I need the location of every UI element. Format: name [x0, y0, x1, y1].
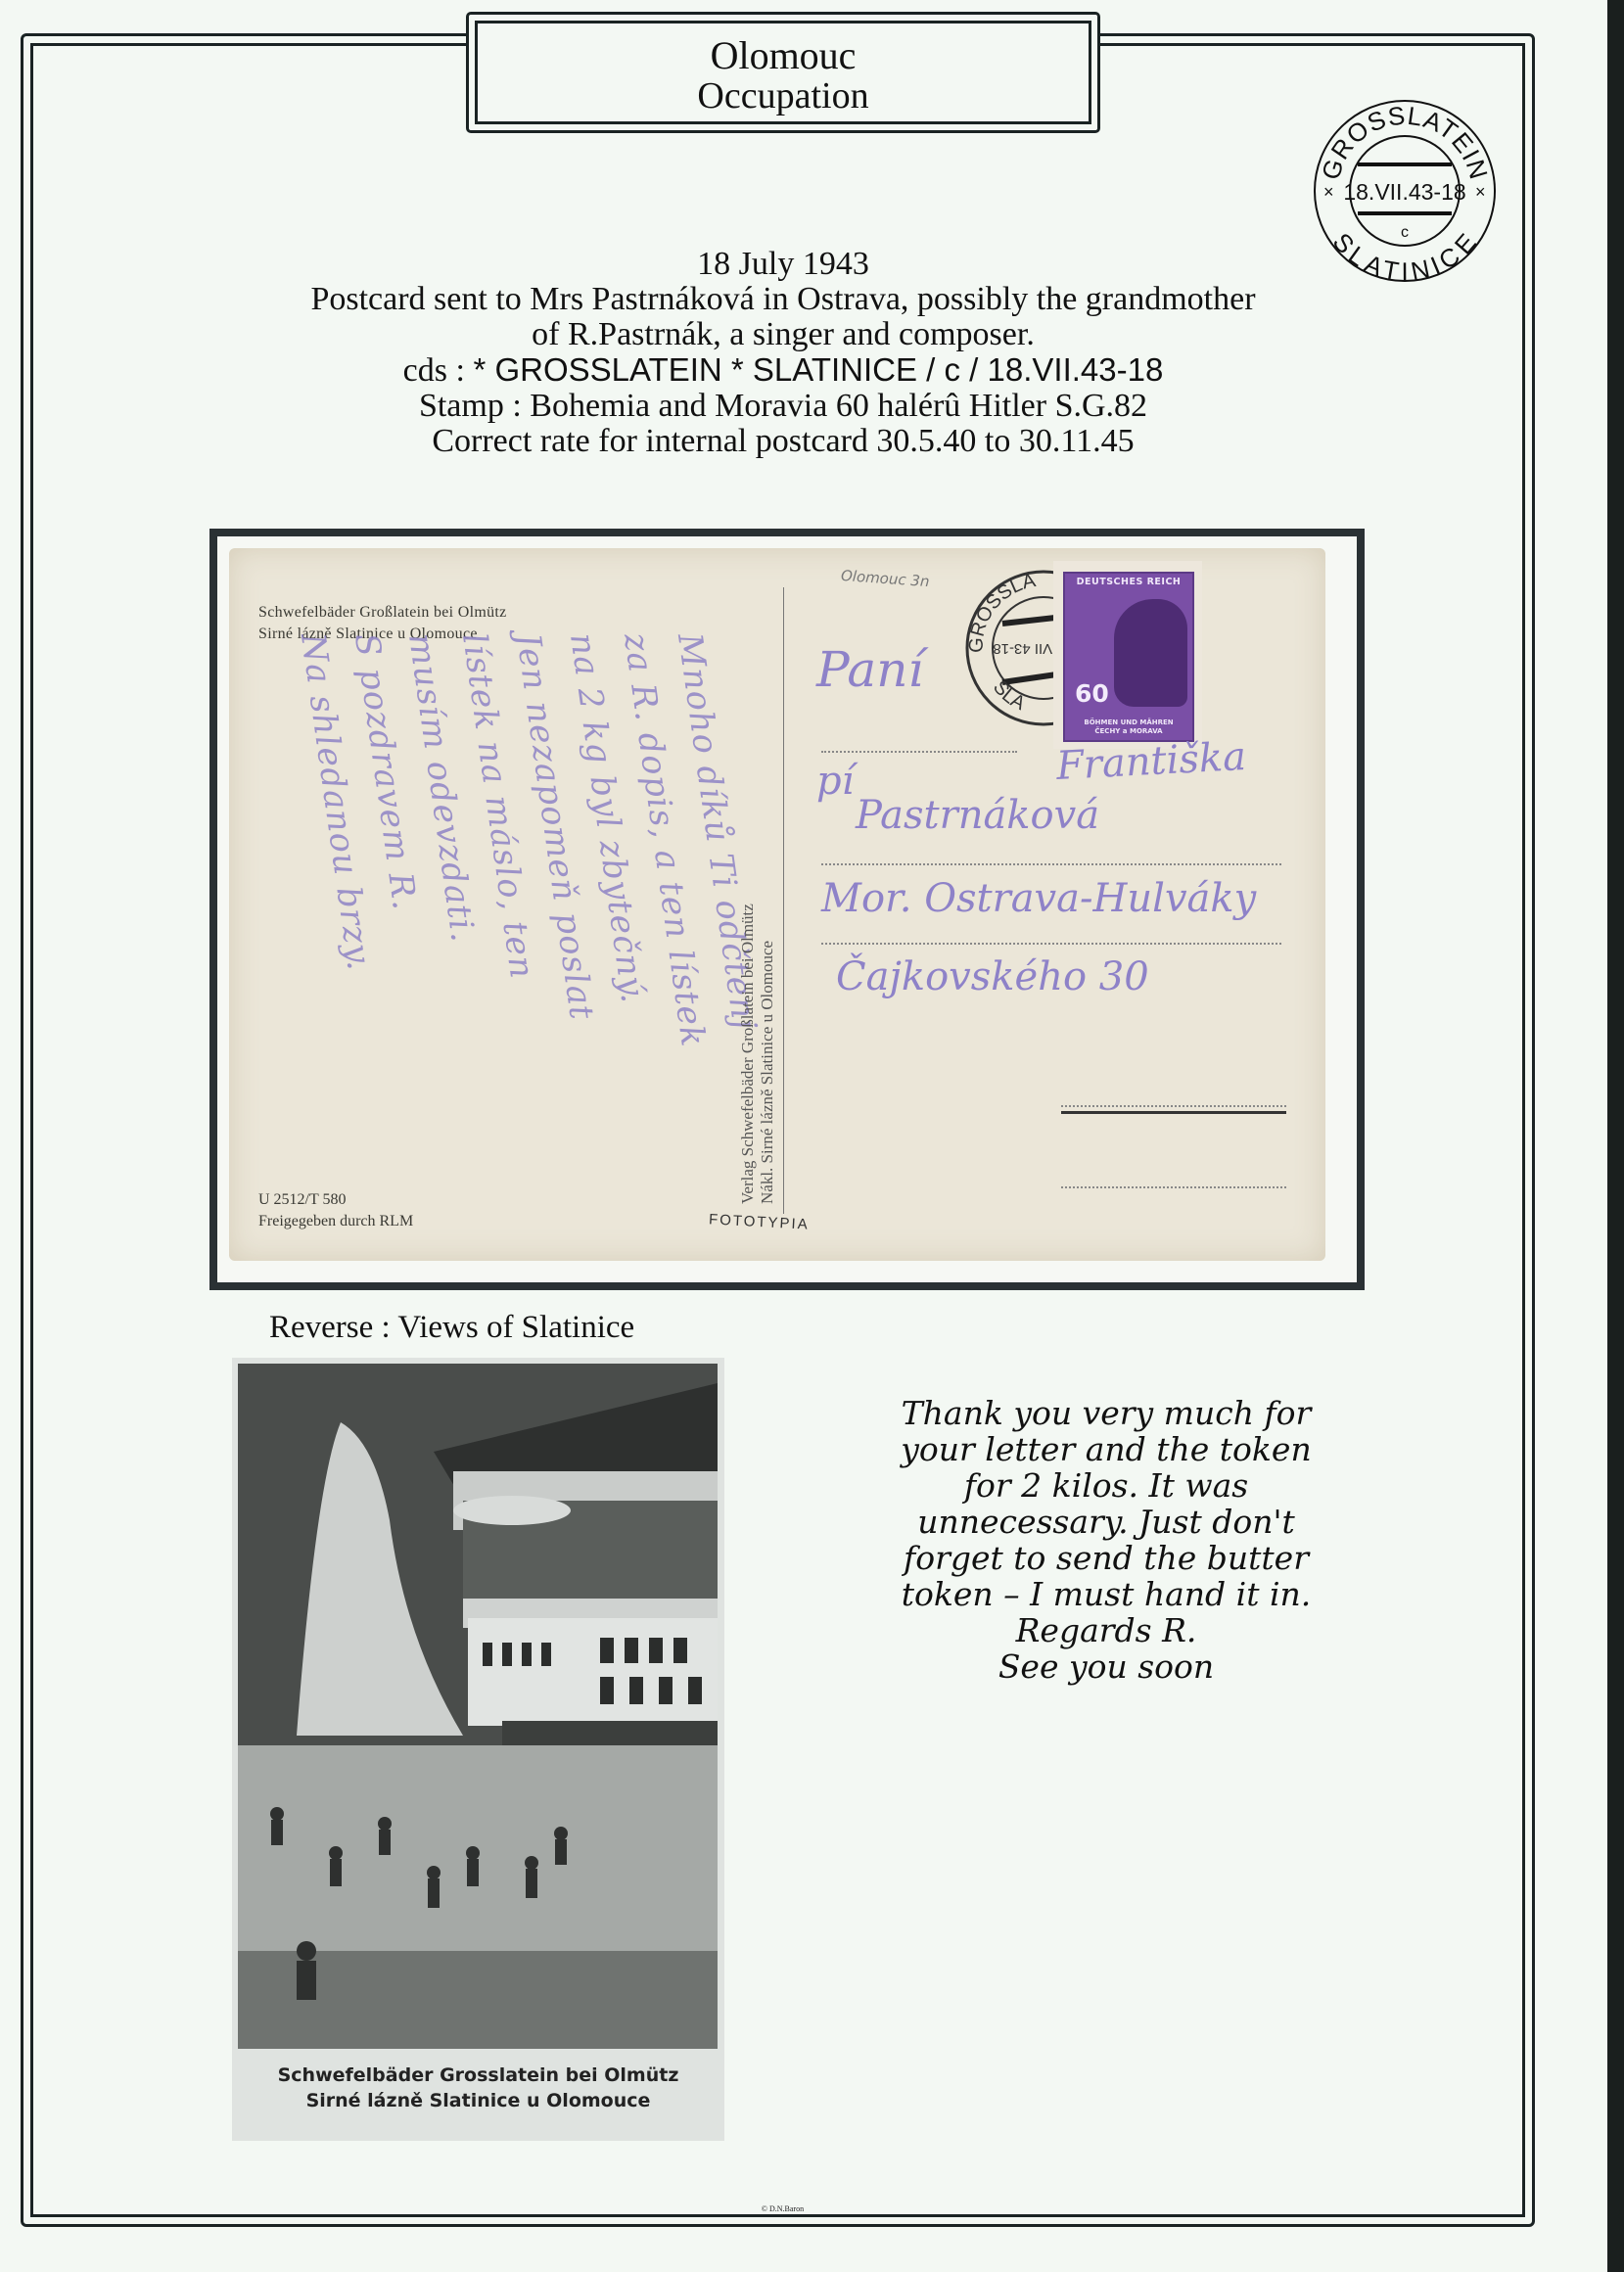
- portrait-icon: [1114, 599, 1187, 707]
- postcard-divider: [783, 587, 784, 1214]
- stamp-country: DEUTSCHES REICH: [1065, 577, 1192, 587]
- address-rule: [1061, 1105, 1286, 1107]
- description-line2: of R.Pastrnák, a singer and composer.: [176, 317, 1390, 352]
- pencil-note: Olomouc 3n: [840, 567, 930, 590]
- description-line1: Postcard sent to Mrs Pastrnáková in Ostr…: [176, 282, 1390, 317]
- page-title: Olomouc: [478, 35, 1089, 76]
- translation-line: Regards R.: [842, 1612, 1370, 1648]
- translation-line: token – I must hand it in.: [842, 1576, 1370, 1612]
- description-rate: Correct rate for internal postcard 30.5.…: [176, 424, 1390, 459]
- photo-caption-de: Schwefelbäder Grosslatein bei Olmütz: [232, 2063, 724, 2088]
- photo-caption-cz: Sirné lázně Slatinice u Olomouce: [232, 2088, 724, 2113]
- postcard-footer: U 2512/T 580 Freigegeben durch RLM: [258, 1189, 413, 1232]
- page-subtitle: Occupation: [478, 76, 1089, 116]
- publisher-line2: Nákl. Sirné lázně Slatinice u Olomouce: [758, 904, 777, 1204]
- svg-text:GROSSLATEIN: GROSSLATEIN: [1316, 101, 1494, 183]
- postcard-front: Schwefelbäder Großlatein bei Olmütz Sirn…: [229, 548, 1325, 1261]
- postmark-bottom-text: SLA: [989, 676, 1029, 715]
- postage-stamp: DEUTSCHES REICH 60 BÖHMEN UND MÄHREN ČEC…: [1053, 561, 1202, 749]
- cds-label: cds :: [403, 352, 474, 389]
- postcard-release: Freigegeben durch RLM: [258, 1211, 413, 1232]
- cds-separator-right: ×: [1475, 182, 1486, 202]
- description-date: 18 July 1943: [176, 247, 1390, 282]
- spa-photo-image: [238, 1364, 718, 2049]
- reverse-title: Reverse : Views of Slatinice: [269, 1310, 634, 1346]
- message-translation: Thank you very much foryour letter and t…: [842, 1395, 1370, 1685]
- address-line2b: Františka: [1055, 734, 1247, 789]
- stamp-bottom-cz: ČECHY a MORAVA: [1065, 727, 1192, 736]
- cds-letter: c: [1401, 224, 1409, 241]
- copyright: © D.N.Baron: [0, 2204, 1624, 2213]
- photo-caption: Schwefelbäder Grosslatein bei Olmütz Sir…: [232, 2063, 724, 2113]
- address-line4: Mor. Ostrava-Hulváky: [821, 876, 1256, 921]
- scan-edge-strip: [1607, 0, 1624, 2272]
- address-rule-solid: [1061, 1111, 1286, 1114]
- translation-line: Thank you very much for: [842, 1395, 1370, 1431]
- stamp-bottom: BÖHMEN UND MÄHREN ČECHY a MORAVA: [1065, 719, 1192, 736]
- publisher-text: Verlag Schwefelbäder Großlatein bei Olmü…: [738, 904, 777, 1204]
- description: 18 July 1943 Postcard sent to Mrs Pastrn…: [176, 247, 1390, 459]
- address-line5: Čajkovského 30: [836, 954, 1149, 999]
- publisher-line1: Verlag Schwefelbäder Großlatein bei Olmü…: [738, 904, 758, 1204]
- postcard-heading-de: Schwefelbäder Großlatein bei Olmütz: [258, 602, 507, 624]
- printer-mark: FOTOTYPIA: [709, 1211, 810, 1232]
- translation-line: for 2 kilos. It was: [842, 1467, 1370, 1504]
- reverse-photo: Schwefelbäder Grosslatein bei Olmütz Sir…: [232, 1358, 724, 2141]
- address-rule: [821, 863, 1281, 865]
- address-rule: [1061, 1186, 1286, 1188]
- cds-date: 18.VII.43-18: [1343, 179, 1465, 205]
- cds-separator-left: ×: [1323, 182, 1334, 202]
- cds-value: * GROSSLATEIN * SLATINICE / c / 18.VII.4…: [473, 351, 1163, 388]
- translation-line: your letter and the token: [842, 1431, 1370, 1467]
- stamp-value: 60: [1075, 679, 1109, 708]
- stamp-bottom-de: BÖHMEN UND MÄHREN: [1065, 719, 1192, 727]
- address-line1: Paní: [816, 641, 923, 698]
- copyright-text: © D.N.Baron: [762, 2204, 804, 2213]
- address-line2a: pí: [816, 759, 854, 804]
- address-rule: [821, 943, 1281, 945]
- cds-top-text: GROSSLATEIN: [1316, 101, 1494, 183]
- postcard-mount: Schwefelbäder Großlatein bei Olmütz Sirn…: [209, 529, 1365, 1290]
- svg-text:SLA: SLA: [989, 676, 1029, 715]
- description-cds: cds : * GROSSLATEIN * SLATINICE / c / 18…: [176, 352, 1390, 389]
- postcard-code: U 2512/T 580: [258, 1189, 413, 1211]
- translation-line: forget to send the butter: [842, 1540, 1370, 1576]
- translation-line: See you soon: [842, 1648, 1370, 1685]
- title-box: Olomouc Occupation: [466, 12, 1100, 133]
- translation-line: unnecessary. Just don't: [842, 1504, 1370, 1540]
- address-line3: Pastrnáková: [856, 793, 1099, 838]
- handwritten-message: Mnoho díků Ti odčtenjza R. dopis, a ten …: [249, 636, 699, 1184]
- address-rule: [821, 751, 1017, 753]
- description-stamp: Stamp : Bohemia and Moravia 60 halérû Hi…: [176, 389, 1390, 424]
